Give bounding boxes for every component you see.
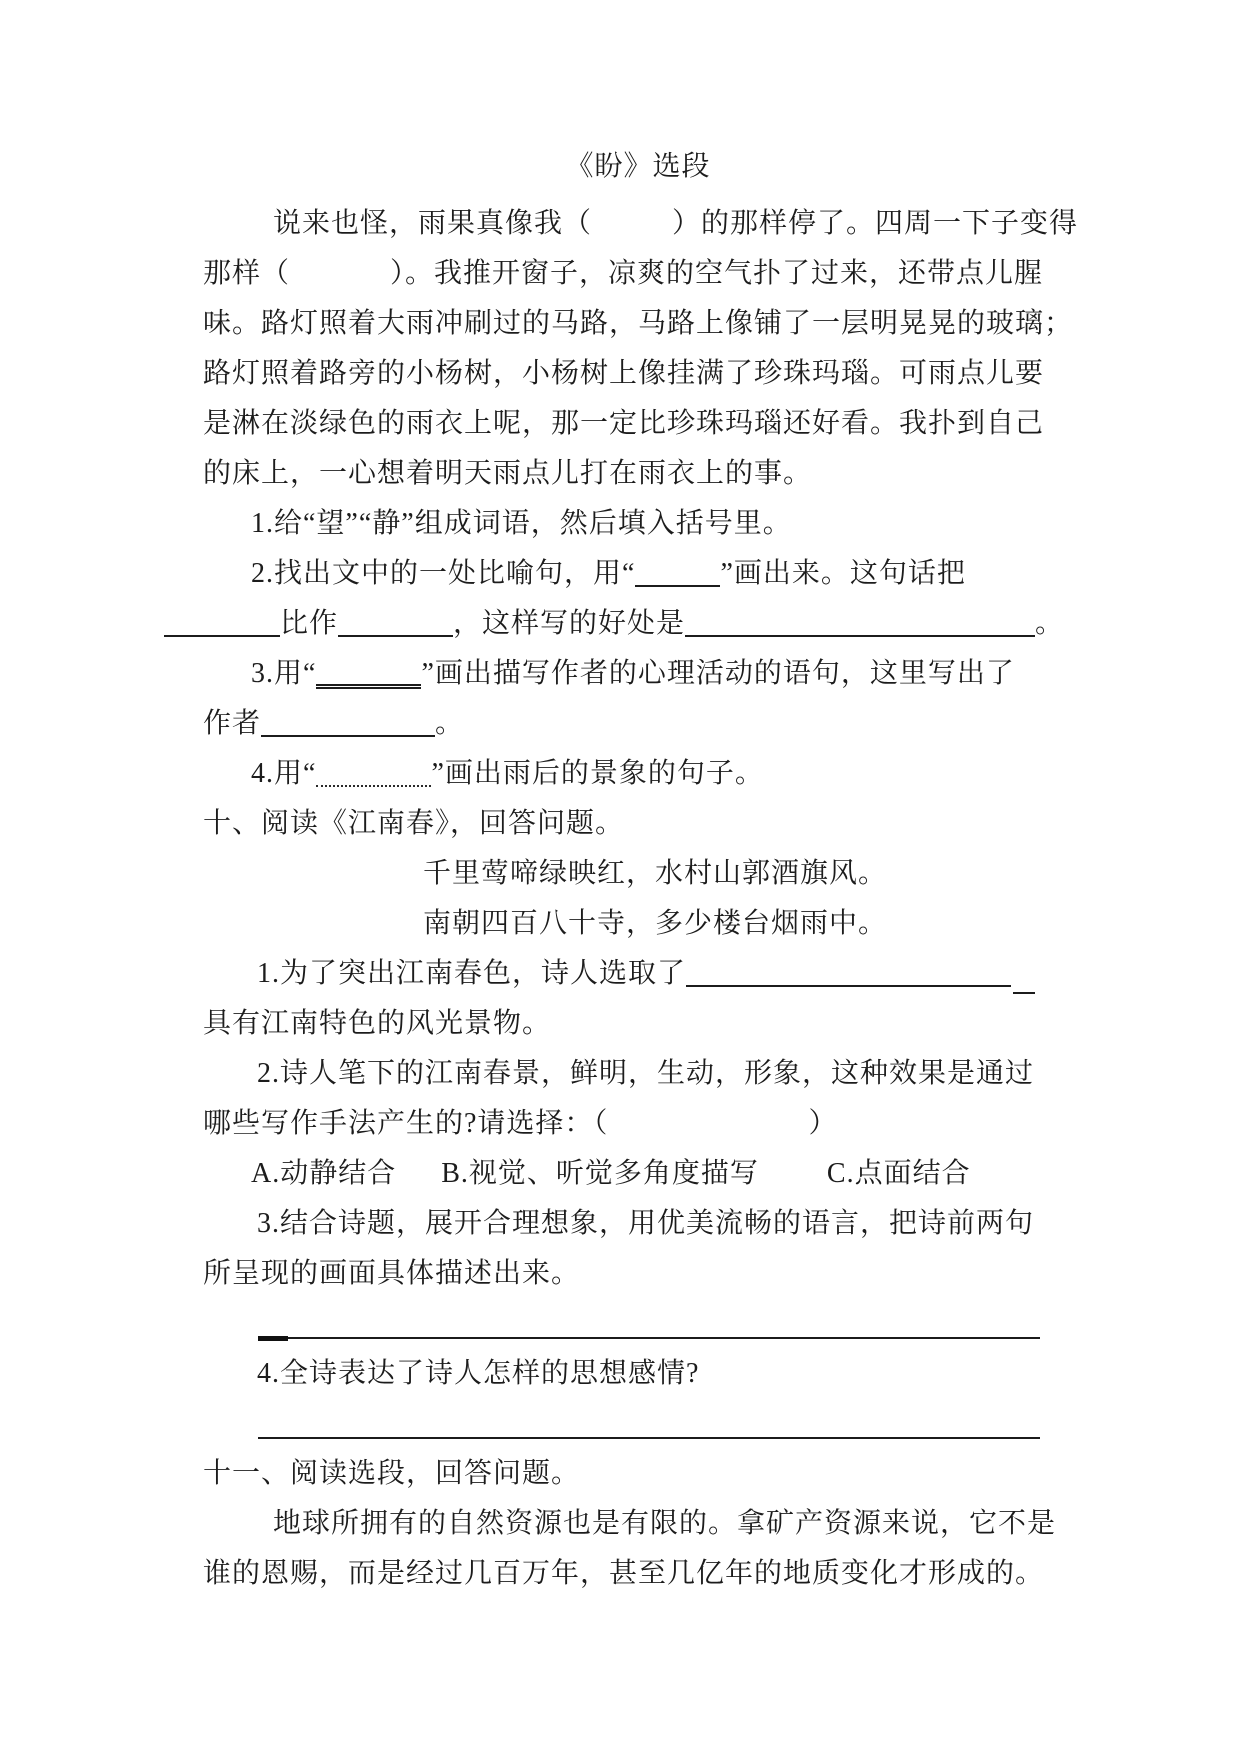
blank-fill <box>164 632 280 637</box>
passage-line: 谁的恩赐，而是经过几百万年，甚至几亿年的地质变化才形成的。 <box>203 1549 1073 1599</box>
question-1: 1.给“望”“静”组成词语，然后填入括号里。 <box>203 499 1073 549</box>
question-text: 。 <box>435 708 464 739</box>
answer-writing-line <box>258 1399 1040 1439</box>
blank-fill <box>338 632 453 637</box>
question-2-continuation: 比作，这样写的好处是。 <box>203 599 1073 649</box>
section-11-heading: 十一、阅读选段，回答问题。 <box>203 1449 1073 1499</box>
passage-line: 路灯照着路旁的小杨树，小杨树上像挂满了珍珠玛瑙。可雨点儿要 <box>203 349 1073 399</box>
passage-text: 那样（ <box>203 258 290 289</box>
passage-text: ）。我推开窗子，凉爽的空气扑了过来，还带点儿腥 <box>390 258 1043 289</box>
question-text: 作者 <box>203 708 261 739</box>
choice-c: C.点面结合 <box>827 1158 971 1189</box>
question-text: ） <box>808 1108 837 1139</box>
page-title: 《盼》选段 <box>203 142 1073 192</box>
passage-line: 地球所拥有的自然资源也是有限的。拿矿产资源来说，它不是 <box>203 1499 1073 1549</box>
blank-dotted-underline <box>316 782 431 787</box>
blank-solid-underline <box>635 582 720 587</box>
blank-double-underline <box>316 678 421 689</box>
question-2-continuation: 哪些写作手法产生的?请选择：（） <box>203 1099 1073 1149</box>
poem-line-1: 千里莺啼绿映红，水村山郭酒旗风。 <box>203 849 1073 899</box>
question-2: 2.找出文中的一处比喻句，用“”画出来。这句话把 <box>203 549 1073 599</box>
passage-line: 是淋在淡绿色的雨衣上呢，那一定比珍珠玛瑙还好看。我扑到自己 <box>203 399 1073 449</box>
question-text: 1.为了突出江南春色，诗人选取了 <box>257 958 686 989</box>
question-1: 1.为了突出江南春色，诗人选取了 <box>203 949 1073 999</box>
passage-line: 说来也怪，雨果真像我（）的那样停了。四周一下子变得 <box>203 199 1073 249</box>
document-body: 说来也怪，雨果真像我（）的那样停了。四周一下子变得 那样（）。我推开窗子，凉爽的… <box>203 199 1073 1599</box>
choice-b: B.视觉、听觉多角度描写 <box>441 1158 759 1189</box>
question-3-continuation: 所呈现的画面具体描述出来。 <box>203 1249 1073 1299</box>
question-1-continuation: 具有江南特色的风光景物。 <box>203 999 1073 1049</box>
answer-line-start-mark <box>258 1336 288 1341</box>
question-3: 3.用“”画出描写作者的心理活动的语句，这里写出了 <box>203 649 1073 699</box>
passage-text: ）的那样停了。四周一下子变得 <box>672 208 1078 239</box>
question-text: ，这样写的好处是 <box>453 608 685 639</box>
question-text: 3.用“ <box>251 658 316 689</box>
blank-fill <box>261 732 435 737</box>
blank-end-underscore <box>1013 989 1035 994</box>
question-text: 4.用“ <box>251 758 316 789</box>
blank-fill <box>686 982 1011 987</box>
blank-fill <box>685 632 1035 637</box>
choices-row: A.动静结合B.视觉、听觉多角度描写C.点面结合 <box>203 1149 1073 1199</box>
question-text: 比作 <box>280 608 338 639</box>
question-text: ”画出雨后的景象的句子。 <box>431 758 763 789</box>
question-text: 哪些写作手法产生的?请选择：（ <box>203 1108 608 1139</box>
answer-line-row <box>203 1299 1073 1349</box>
question-3: 3.结合诗题，展开合理想象，用优美流畅的语言，把诗前两句 <box>203 1199 1073 1249</box>
section-10-heading: 十、阅读《江南春》，回答问题。 <box>203 799 1073 849</box>
question-4: 4.全诗表达了诗人怎样的思想感情? <box>203 1349 1073 1399</box>
passage-text: 说来也怪，雨果真像我（ <box>273 208 592 239</box>
answer-line-row <box>203 1399 1073 1449</box>
passage-line: 味。路灯照着大雨冲刷过的马路，马路上像铺了一层明晃晃的玻璃； <box>203 299 1073 349</box>
passage-line: 那样（）。我推开窗子，凉爽的空气扑了过来，还带点儿腥 <box>203 249 1073 299</box>
passage-line: 的床上，一心想着明天雨点儿打在雨衣上的事。 <box>203 449 1073 499</box>
question-4: 4.用“”画出雨后的景象的句子。 <box>203 749 1073 799</box>
question-text: ”画出来。这句话把 <box>720 558 965 589</box>
question-3-continuation: 作者。 <box>203 699 1073 749</box>
question-2: 2.诗人笔下的江南春景，鲜明，生动，形象，这种效果是通过 <box>203 1049 1073 1099</box>
question-text: 2.找出文中的一处比喻句，用“ <box>251 558 635 589</box>
question-text: 。 <box>1035 608 1064 639</box>
poem-line-2: 南朝四百八十寺，多少楼台烟雨中。 <box>203 899 1073 949</box>
question-text: ”画出描写作者的心理活动的语句，这里写出了 <box>421 658 1014 689</box>
choice-a: A.动静结合 <box>251 1158 396 1189</box>
answer-writing-line <box>258 1299 1040 1339</box>
worksheet-page: 《盼》选段 说来也怪，雨果真像我（）的那样停了。四周一下子变得 那样（）。我推开… <box>0 0 1241 1754</box>
